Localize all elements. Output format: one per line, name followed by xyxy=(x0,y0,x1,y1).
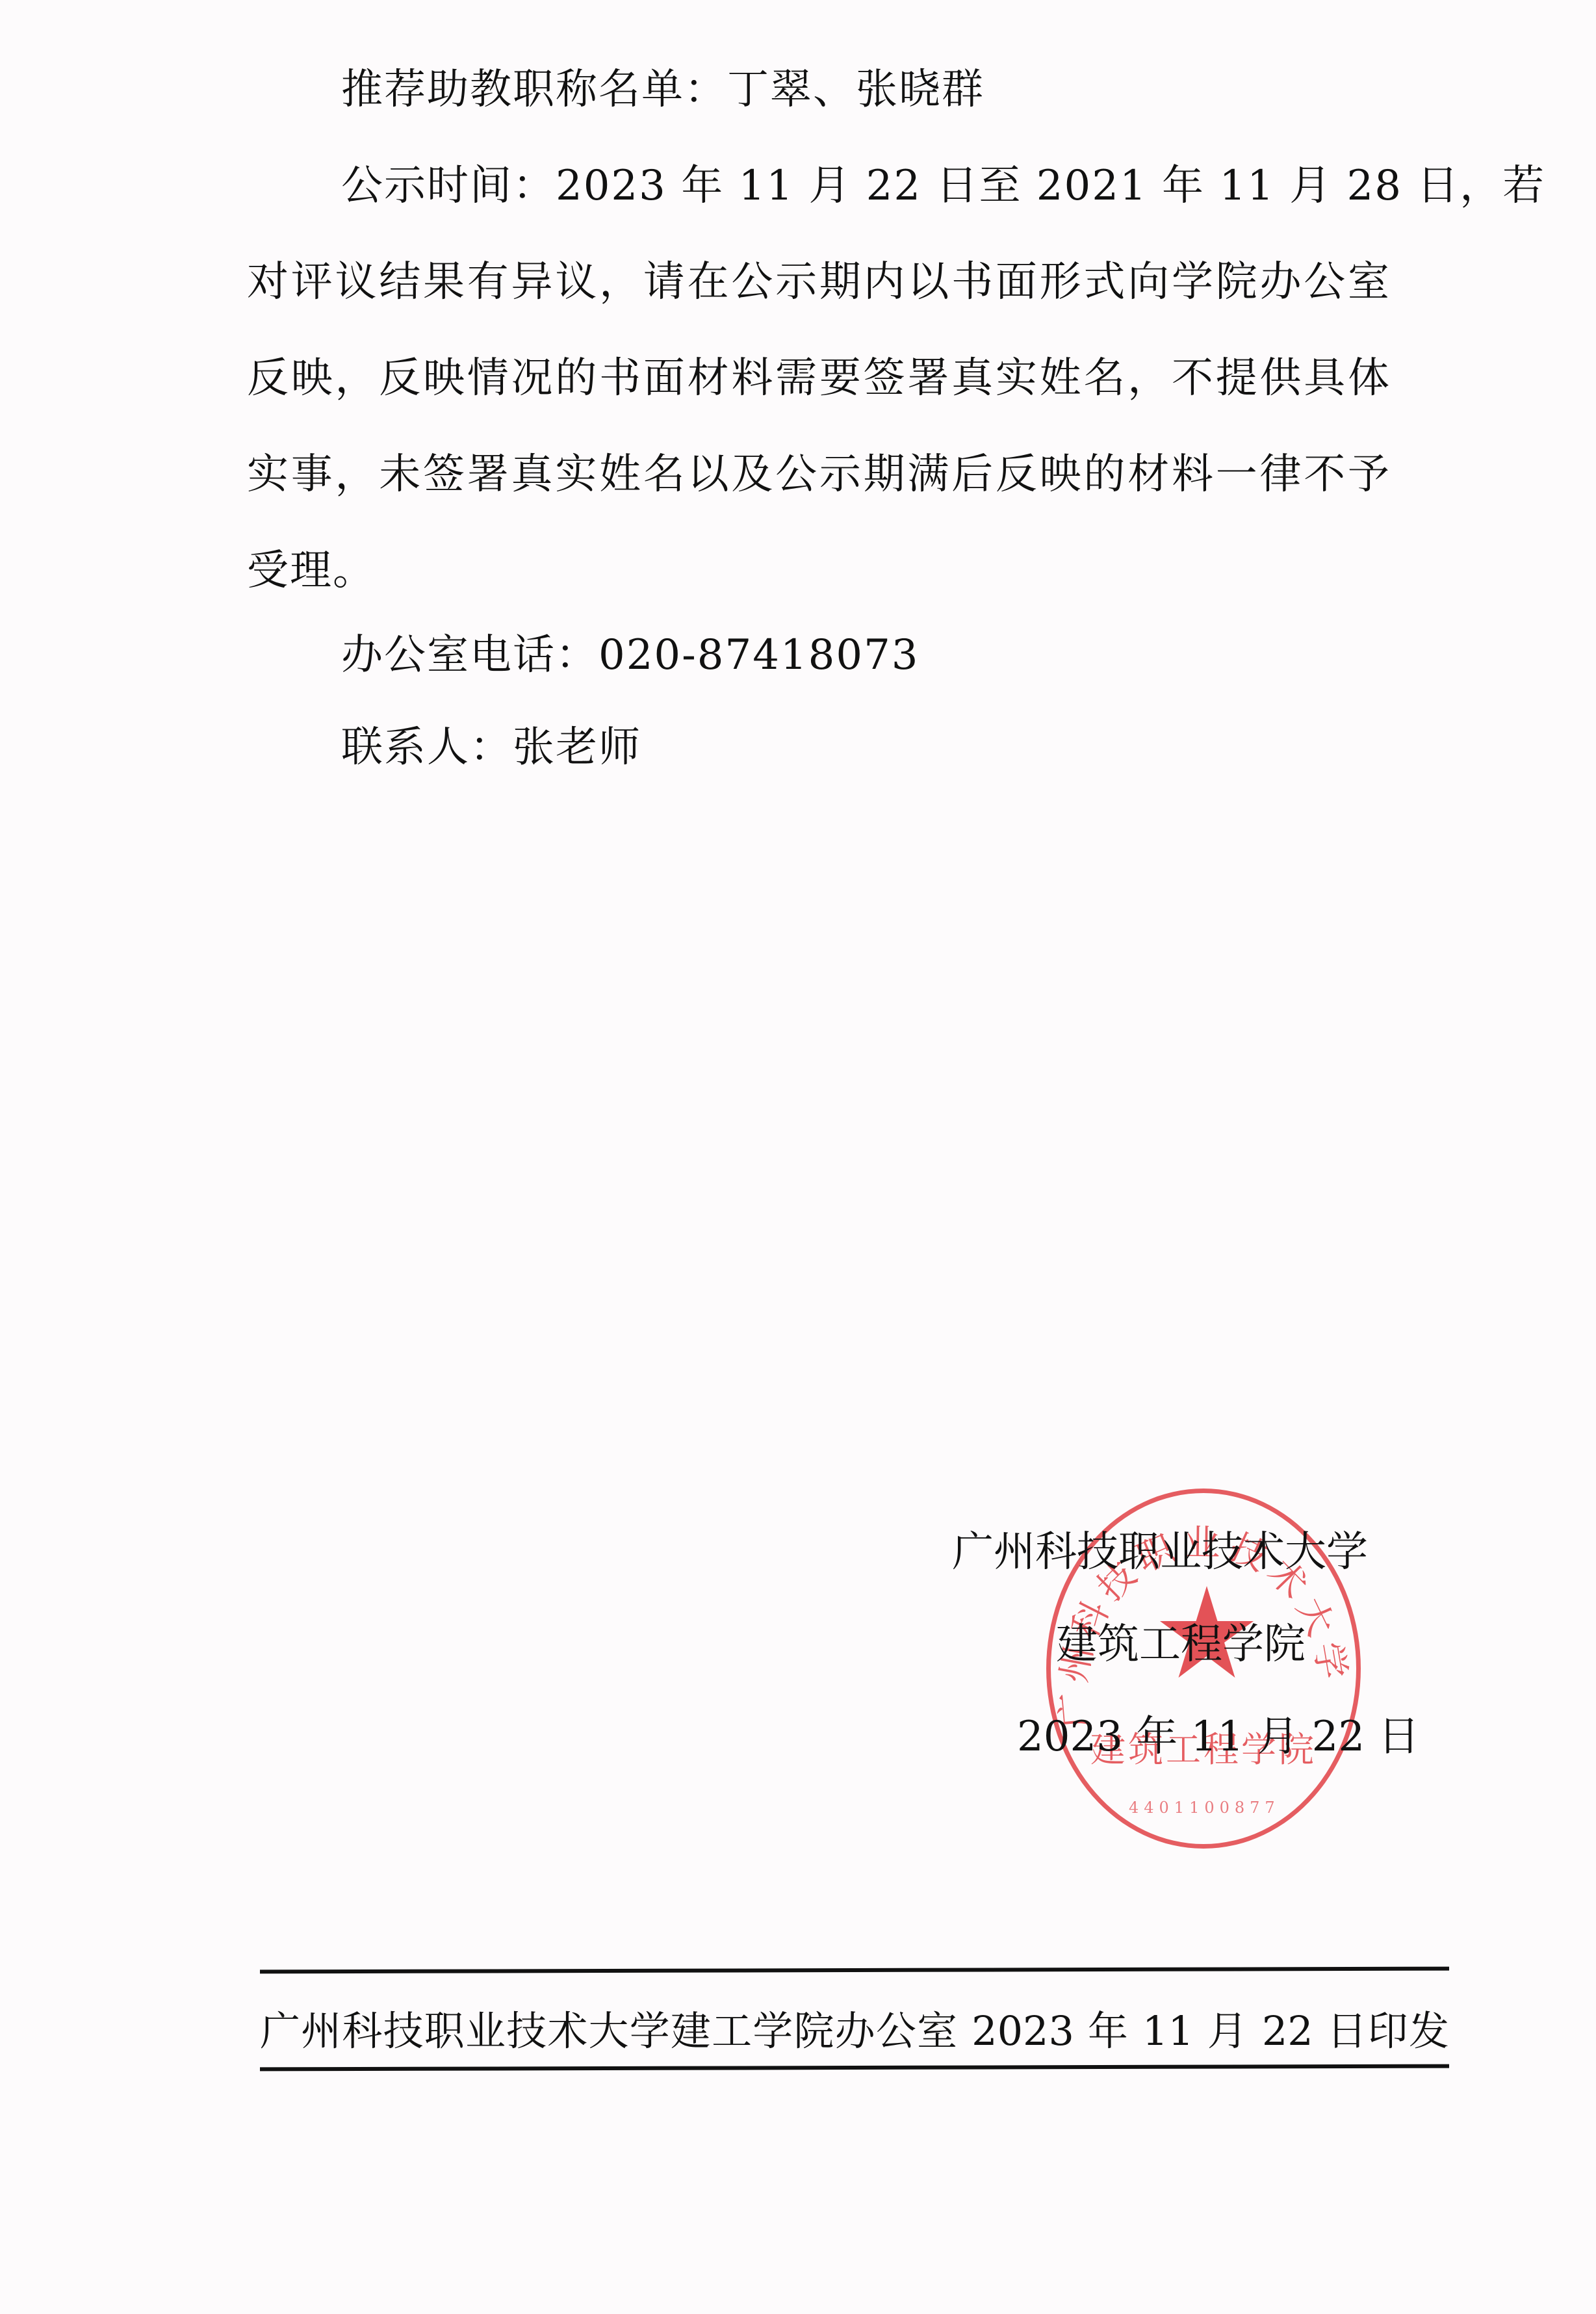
notice-line-3: 反映，反映情况的书面材料需要签署真实姓名，不提供具体 xyxy=(247,352,1391,404)
footer-bottom-rule xyxy=(260,2064,1449,2072)
signature-date: 2023 年 11 月 22 日 xyxy=(1017,1711,1419,1763)
nominees-line: 推荐助教职称名单：丁翠、张晓群 xyxy=(341,64,985,116)
notice-line-1: 公示时间：2023 年 11 月 22 日至 2021 年 11 月 28 日，… xyxy=(341,160,1391,212)
notice-line-5: 受理。 xyxy=(247,545,1391,597)
signature-university: 广州科技职业技术大学 xyxy=(952,1526,1368,1578)
seal-code: 4401100877 xyxy=(1129,1799,1278,1817)
notice-line-2: 对评议结果有异议，请在公示期内以书面形式向学院办公室 xyxy=(247,256,1391,308)
notice-line-4: 实事，未签署真实姓名以及公示期满后反映的材料一律不予 xyxy=(247,448,1391,500)
contact-person: 联系人：张老师 xyxy=(341,721,641,773)
footer-top-rule xyxy=(260,1967,1449,1974)
footer-issued-by: 广州科技职业技术大学建工学院办公室 2023 年 11 月 22 日印发 xyxy=(260,2005,1449,2057)
signature-college: 建筑工程学院 xyxy=(1056,1618,1306,1670)
office-phone: 办公室电话：020-87418073 xyxy=(341,629,920,681)
